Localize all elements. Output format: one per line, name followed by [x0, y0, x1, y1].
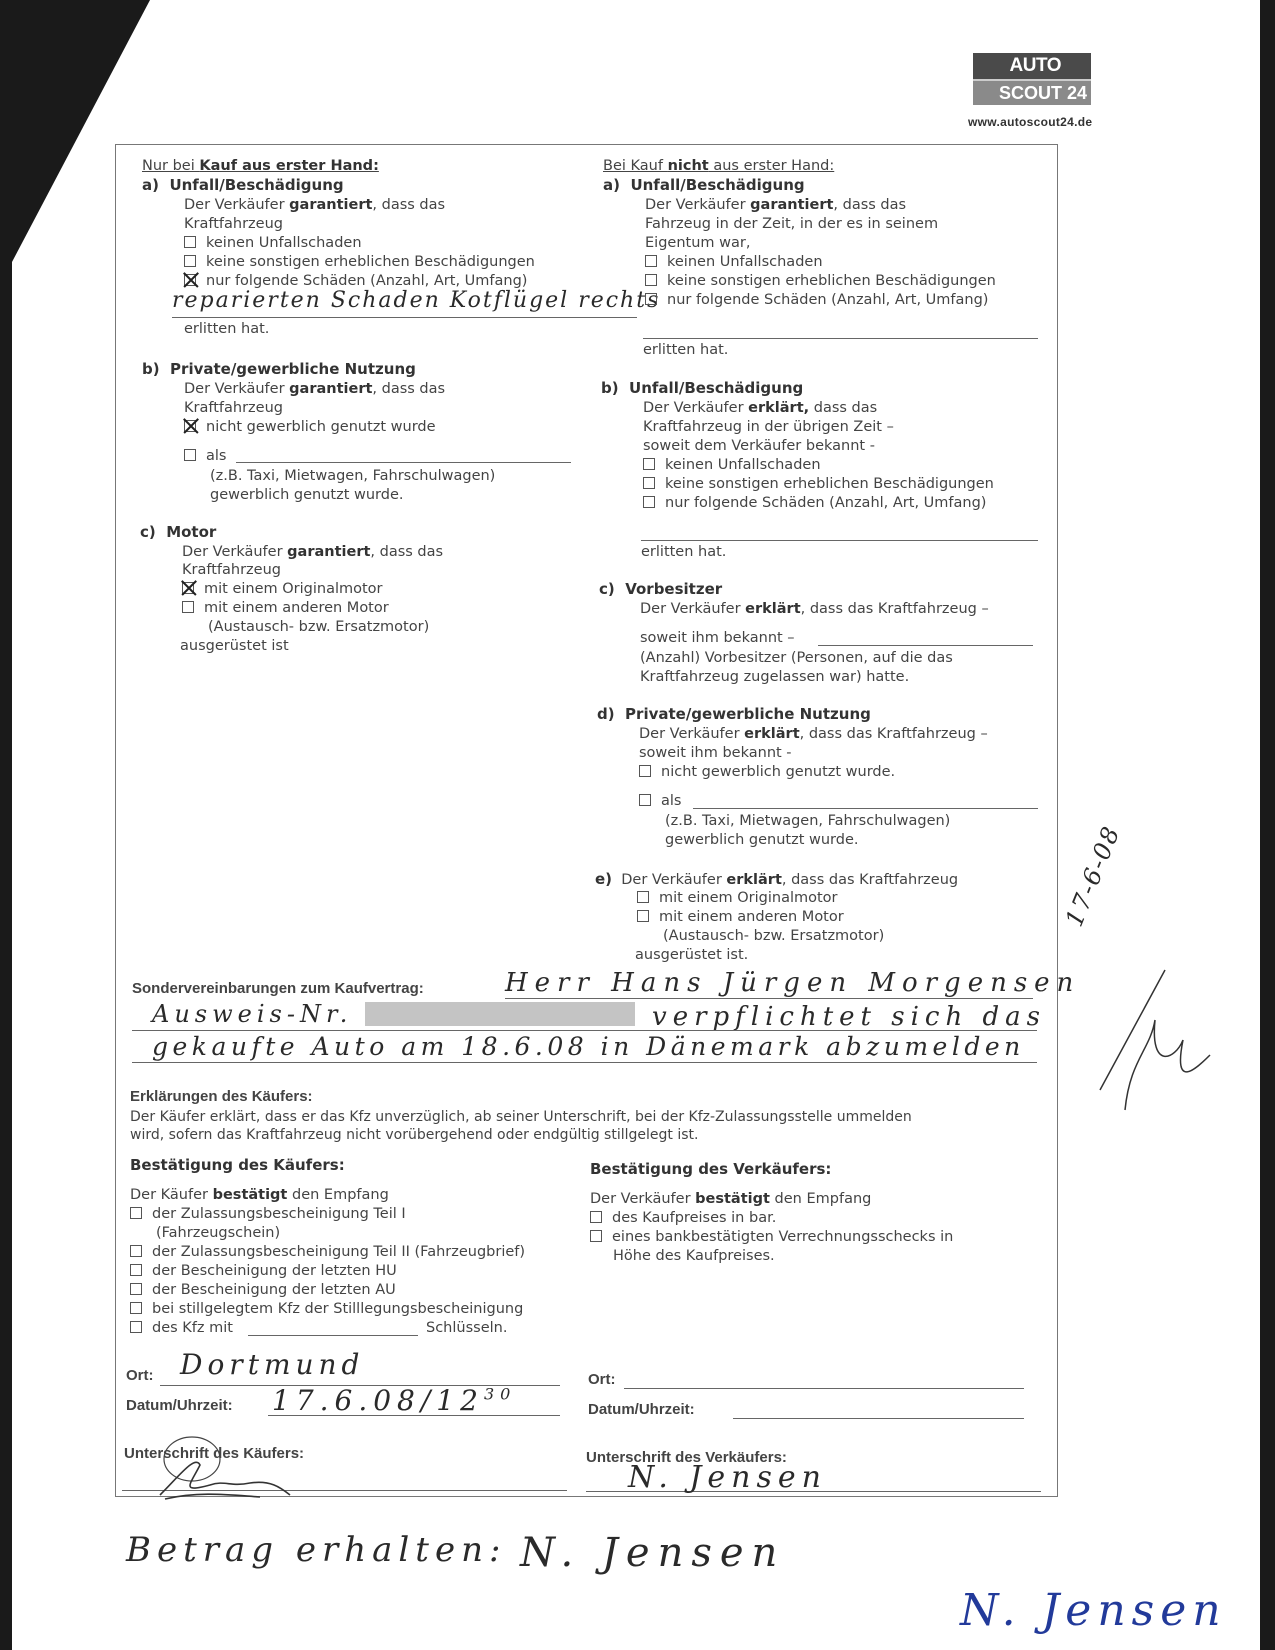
right-b-option-1[interactable]: keinen Unfallschaden — [643, 456, 821, 475]
special-line-2 — [132, 1030, 1037, 1031]
right-e-intro: e) Der Verkäufer erklärt, dass das Kraft… — [595, 870, 958, 890]
checkbox-icon[interactable] — [182, 601, 194, 613]
buyer-confirm-option-1[interactable]: der Zulassungsbescheinigung Teil I — [130, 1205, 406, 1224]
right-d-option-2[interactable]: als — [639, 792, 681, 811]
buyer-place-label: Ort: — [126, 1367, 154, 1384]
left-b-note-1: (z.B. Taxi, Mietwagen, Fahrschulwagen) — [210, 467, 495, 486]
right-d-note-2: gewerblich genutzt wurde. — [665, 831, 858, 850]
left-b-option-1[interactable]: nicht gewerblich genutzt wurde — [184, 418, 436, 437]
amount-received-signature: N. Jensen — [520, 1530, 785, 1576]
checkbox-icon[interactable] — [130, 1302, 142, 1314]
left-a-intro-line2: Kraftfahrzeug — [184, 215, 283, 234]
buyer-confirm-intro: Der Käufer bestätigt den Empfang — [130, 1186, 389, 1205]
buyer-date-value[interactable]: 17.6.08/1230 — [272, 1384, 516, 1417]
right-e-option-1[interactable]: mit einem Originalmotor — [637, 889, 838, 908]
left-c-intro: Der Verkäufer garantiert, dass das — [182, 543, 443, 562]
checkbox-icon[interactable] — [637, 891, 649, 903]
checkbox-icon[interactable] — [645, 274, 657, 286]
checkbox-icon[interactable] — [590, 1211, 602, 1223]
left-c-suffix: ausgerüstet ist — [180, 637, 289, 656]
buyer-confirm-option-2[interactable]: der Zulassungsbescheinigung Teil II (Fah… — [130, 1243, 525, 1262]
checkbox-icon[interactable] — [130, 1283, 142, 1295]
checkbox-checked-icon[interactable] — [184, 274, 196, 286]
buyer-confirm-option-6[interactable]: des Kfz mit — [130, 1319, 233, 1338]
checkbox-icon[interactable] — [639, 765, 651, 777]
special-agreements-label: Sondervereinbarungen zum Kaufvertrag: — [132, 980, 424, 997]
seller-signature: N. Jensen — [628, 1460, 827, 1495]
keys-suffix: Schlüsseln. — [426, 1319, 507, 1338]
buyer-place-value[interactable]: Dortmund — [180, 1348, 364, 1381]
left-a-suffix: erlitten hat. — [184, 320, 269, 339]
right-c-line2: soweit ihm bekannt – — [640, 629, 795, 648]
left-a-intro: Der Verkäufer garantiert, dass das — [184, 196, 445, 215]
right-a-option-3[interactable]: nur folgende Schäden (Anzahl, Art, Umfan… — [645, 291, 988, 310]
buyer-confirm-title: Bestätigung des Käufers: — [130, 1156, 345, 1175]
right-a-option-1[interactable]: keinen Unfallschaden — [645, 253, 823, 272]
special-line-1 — [505, 998, 1033, 999]
redacted-id-number — [365, 1002, 635, 1026]
right-b-intro-line2: Kraftfahrzeug in der übrigen Zeit – — [643, 418, 894, 437]
logo-url: www.autoscout24.de — [968, 115, 1092, 129]
right-d-note-1: (z.B. Taxi, Mietwagen, Fahrschulwagen) — [665, 812, 950, 831]
seller-confirm-option-2[interactable]: eines bankbestätigten Verrechnungsscheck… — [590, 1228, 953, 1247]
special-line-3 — [132, 1062, 1037, 1063]
checkbox-icon[interactable] — [130, 1245, 142, 1257]
right-heading: Bei Kauf nicht aus erster Hand: — [603, 157, 834, 176]
left-c-note: (Austausch- bzw. Ersatzmotor) — [208, 618, 429, 637]
right-a-intro: Der Verkäufer garantiert, dass das — [645, 196, 906, 215]
seller-confirm-title: Bestätigung des Verkäufers: — [590, 1160, 831, 1179]
buyer-confirm-option-4[interactable]: der Bescheinigung der letzten AU — [130, 1281, 396, 1300]
seller-place-label: Ort: — [588, 1371, 616, 1388]
left-a-damage-line — [172, 317, 637, 318]
logo-line2: SCOUT 24 — [973, 79, 1091, 105]
checkbox-icon[interactable] — [643, 458, 655, 470]
right-e-option-2[interactable]: mit einem anderen Motor — [637, 908, 844, 927]
left-b-intro: Der Verkäufer garantiert, dass das — [184, 380, 445, 399]
keys-count-line[interactable] — [248, 1335, 418, 1336]
right-a-intro-line3: Eigentum war, — [645, 234, 750, 253]
right-e-suffix: ausgerüstet ist. — [635, 946, 748, 965]
right-b-option-2[interactable]: keine sonstigen erheblichen Beschädigung… — [643, 475, 994, 494]
checkbox-icon[interactable] — [130, 1207, 142, 1219]
right-a-suffix: erlitten hat. — [643, 341, 728, 360]
left-b-intro-line2: Kraftfahrzeug — [184, 399, 283, 418]
right-a-option-2[interactable]: keine sonstigen erheblichen Beschädigung… — [645, 272, 996, 291]
seller-date-label: Datum/Uhrzeit: — [588, 1401, 695, 1418]
checkbox-icon[interactable] — [639, 794, 651, 806]
seller-confirm-intro: Der Verkäufer bestätigt den Empfang — [590, 1190, 871, 1209]
right-a-damage-line[interactable] — [643, 338, 1038, 339]
right-d-usage-line[interactable] — [693, 808, 1038, 809]
buyer-declaration-title: Erklärungen des Käufers: — [130, 1088, 313, 1105]
left-b-title: b) Private/gewerbliche Nutzung — [142, 360, 416, 379]
left-heading: Nur bei Kauf aus erster Hand: — [142, 157, 379, 176]
checkbox-icon[interactable] — [645, 255, 657, 267]
right-c-line4: Kraftfahrzeug zugelassen war) hatte. — [640, 668, 909, 687]
seller-confirm-option-1[interactable]: des Kaufpreises in bar. — [590, 1209, 776, 1228]
buyer-confirm-option-5[interactable]: bei stillgelegtem Kfz der Stilllegungsbe… — [130, 1300, 523, 1319]
left-a-option-1[interactable]: keinen Unfallschaden — [184, 234, 362, 253]
left-c-option-2[interactable]: mit einem anderen Motor — [182, 599, 389, 618]
right-d-title: d) Private/gewerbliche Nutzung — [597, 705, 871, 724]
buyer-signature — [140, 1425, 300, 1505]
right-c-owners-line[interactable] — [818, 645, 1033, 646]
seller-place-line[interactable] — [624, 1388, 1024, 1389]
autoscout24-logo: AUTO SCOUT 24 — [973, 53, 1091, 105]
buyer-declaration-text-2: wird, sofern das Kraftfahrzeug nicht vor… — [130, 1126, 698, 1145]
buyer-date-label: Datum/Uhrzeit: — [126, 1397, 233, 1414]
left-b-option-2[interactable]: als — [184, 447, 226, 466]
checkbox-icon[interactable] — [184, 255, 196, 267]
left-c-intro-line2: Kraftfahrzeug — [182, 561, 281, 580]
checkbox-icon[interactable] — [643, 477, 655, 489]
checkbox-checked-icon[interactable] — [182, 582, 194, 594]
checkbox-icon[interactable] — [645, 293, 657, 305]
right-b-title: b) Unfall/Beschädigung — [601, 379, 803, 398]
special-hw-line1: Herr Hans Jürgen Morgensen — [505, 968, 1080, 998]
right-b-option-3[interactable]: nur folgende Schäden (Anzahl, Art, Umfan… — [643, 494, 986, 513]
special-hw-line2b: verpflichtet sich das — [652, 1002, 1046, 1032]
right-b-suffix: erlitten hat. — [641, 543, 726, 562]
right-c-line3: (Anzahl) Vorbesitzer (Personen, auf die … — [640, 649, 953, 668]
left-b-note-2: gewerblich genutzt wurde. — [210, 486, 403, 505]
buyer-date-line — [268, 1415, 560, 1416]
logo-line1: AUTO — [973, 53, 1091, 79]
right-b-intro-line3: soweit dem Verkäufer bekannt - — [643, 437, 875, 456]
right-a-intro-line2: Fahrzeug in der Zeit, in der es in seine… — [645, 215, 938, 234]
right-a-title: a) Unfall/Beschädigung — [603, 176, 805, 195]
buyer-confirm-option-3[interactable]: der Bescheinigung der letzten HU — [130, 1262, 397, 1281]
left-a-handwritten-damage: reparierten Schaden Kotflügel rechts — [172, 288, 660, 313]
special-hw-line2a: Ausweis-Nr. — [152, 1000, 352, 1028]
seller-date-line[interactable] — [733, 1418, 1024, 1419]
checkbox-icon[interactable] — [184, 449, 196, 461]
right-c-intro: Der Verkäufer erklärt, dass das Kraftfah… — [640, 600, 989, 619]
corner-signature: N. Jensen — [960, 1585, 1227, 1636]
right-e-note: (Austausch- bzw. Ersatzmotor) — [663, 927, 884, 946]
left-c-title: c) Motor — [140, 523, 216, 542]
checkbox-icon[interactable] — [637, 910, 649, 922]
checkbox-icon[interactable] — [130, 1321, 142, 1333]
amount-received-note: Betrag erhalten: — [126, 1530, 506, 1570]
special-hw-line3: gekaufte Auto am 18.6.08 in Dänemark abz… — [152, 1032, 1025, 1061]
checkbox-icon[interactable] — [130, 1264, 142, 1276]
checkbox-icon[interactable] — [184, 236, 196, 248]
left-b-usage-line[interactable] — [236, 462, 571, 463]
left-a-option-2[interactable]: keine sonstigen erheblichen Beschädigung… — [184, 253, 535, 272]
checkbox-icon[interactable] — [590, 1230, 602, 1242]
checkbox-checked-icon[interactable] — [184, 420, 196, 432]
right-d-option-1[interactable]: nicht gewerblich genutzt wurde. — [639, 763, 895, 782]
right-d-intro: Der Verkäufer erklärt, dass das Kraftfah… — [639, 725, 988, 744]
right-b-intro: Der Verkäufer erklärt, dass das — [643, 399, 877, 418]
right-d-intro-line2: soweit ihm bekannt - — [639, 744, 792, 763]
left-c-option-1[interactable]: mit einem Originalmotor — [182, 580, 383, 599]
buyer-confirm-option-1-sub: (Fahrzeugschein) — [156, 1224, 280, 1243]
right-c-title: c) Vorbesitzer — [599, 580, 722, 599]
left-a-title: a) Unfall/Beschädigung — [142, 176, 344, 195]
margin-initials-signature — [1095, 960, 1215, 1120]
buyer-declaration-text-1: Der Käufer erklärt, dass er das Kfz unve… — [130, 1108, 912, 1127]
seller-confirm-option-2-sub: Höhe des Kaufpreises. — [613, 1247, 775, 1266]
checkbox-icon[interactable] — [643, 496, 655, 508]
right-b-damage-line[interactable] — [641, 540, 1038, 541]
